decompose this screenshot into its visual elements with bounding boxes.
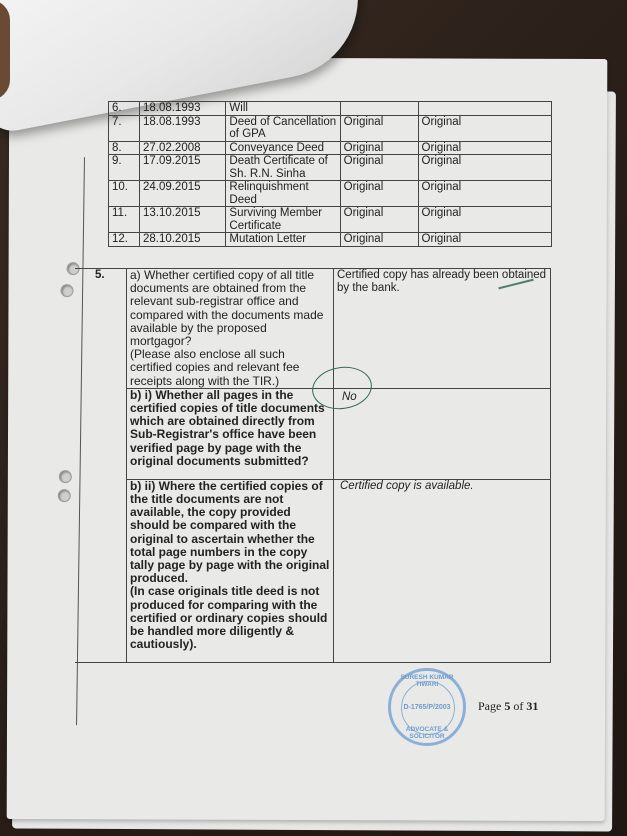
item-number: 5. bbox=[75, 269, 127, 663]
documents-table: 6.18.08.1993Will7.18.08.1993Deed of Canc… bbox=[108, 101, 552, 247]
original-status: Original bbox=[340, 233, 418, 247]
question-5a-note: (Please also enclose all such certified … bbox=[130, 347, 299, 387]
punch-hole-icon bbox=[59, 470, 72, 483]
serial-number: 10. bbox=[109, 181, 140, 207]
document-description: Relinquishment Deed bbox=[226, 181, 340, 207]
original-status: Original bbox=[418, 115, 551, 141]
question-5bi: b) i) Whether all pages in the certified… bbox=[127, 388, 334, 479]
question-5a: a) Whether certified copy of all title d… bbox=[127, 269, 334, 389]
document-date: 18.08.1993 bbox=[139, 115, 225, 141]
answer-5bii: Certified copy is available. bbox=[334, 479, 551, 662]
table-row: 9.17.09.2015Death Certificate of Sh. R.N… bbox=[109, 155, 552, 181]
document-date: 28.10.2015 bbox=[139, 233, 225, 247]
table-row: 10.24.09.2015Relinquishment DeedOriginal… bbox=[109, 181, 552, 207]
serial-number: 12. bbox=[109, 233, 140, 247]
page-prefix: Page bbox=[478, 699, 501, 713]
advocate-seal: SURESH KUMAR TIWARI D-1765/P/2003 ADVOCA… bbox=[388, 668, 466, 746]
item-5bii-row: b) ii) Where the certified copies of the… bbox=[75, 479, 551, 662]
page-number: Page 5 of 31 bbox=[478, 699, 538, 714]
page-current: 5 bbox=[504, 699, 510, 713]
document-description: Deed of Cancellation of GPA bbox=[226, 115, 340, 141]
table-row: 11.13.10.2015Surviving Member Certificat… bbox=[109, 207, 552, 233]
serial-number: 6. bbox=[109, 102, 140, 116]
original-status: Original bbox=[340, 115, 418, 141]
document-description: Conveyance Deed bbox=[226, 141, 340, 155]
question-5bii-note: (In case originals title deed is not pro… bbox=[130, 584, 327, 651]
document-description: Will bbox=[226, 102, 340, 116]
document-description: Mutation Letter bbox=[226, 233, 340, 247]
serial-number: 7. bbox=[109, 115, 140, 141]
seal-title: ADVOCATE & SOLICITOR bbox=[391, 726, 463, 740]
document-date: 18.08.1993 bbox=[139, 102, 225, 116]
thumb bbox=[0, 0, 10, 100]
serial-number: 11. bbox=[109, 207, 140, 233]
document-date: 17.09.2015 bbox=[139, 155, 225, 181]
answer-5a: Certified copy has already been obtained… bbox=[334, 269, 551, 389]
answer-5bi: No bbox=[334, 388, 551, 479]
original-status: Original bbox=[418, 155, 551, 181]
original-status: Original bbox=[340, 181, 418, 207]
question-5a-text: a) Whether certified copy of all title d… bbox=[130, 268, 323, 348]
original-status bbox=[418, 102, 551, 116]
serial-number: 8. bbox=[109, 141, 140, 155]
original-status: Original bbox=[418, 141, 551, 155]
page-of: of bbox=[513, 699, 523, 713]
item-5-table: 5. a) Whether certified copy of all titl… bbox=[75, 268, 551, 663]
item-5a-row: 5. a) Whether certified copy of all titl… bbox=[75, 269, 551, 389]
document-description: Death Certificate of Sh. R.N. Sinha bbox=[226, 155, 340, 181]
original-status: Original bbox=[340, 155, 418, 181]
document-date: 24.09.2015 bbox=[139, 181, 225, 207]
question-5bii: b) ii) Where the certified copies of the… bbox=[127, 479, 334, 662]
original-status: Original bbox=[418, 181, 551, 207]
question-5bii-text: b) ii) Where the certified copies of the… bbox=[130, 479, 329, 585]
table-row: 7.18.08.1993Deed of Cancellation of GPAO… bbox=[109, 115, 552, 141]
original-status bbox=[340, 102, 418, 116]
seal-reg-no: D-1765/P/2003 bbox=[391, 704, 463, 711]
original-status: Original bbox=[418, 207, 551, 233]
document-date: 27.02.2008 bbox=[139, 141, 225, 155]
document-date: 13.10.2015 bbox=[139, 207, 225, 233]
original-status: Original bbox=[418, 233, 551, 247]
original-status: Original bbox=[340, 141, 418, 155]
item-5bi-row: b) i) Whether all pages in the certified… bbox=[75, 388, 551, 479]
document-description: Surviving Member Certificate bbox=[226, 207, 340, 233]
table-row: 12.28.10.2015Mutation LetterOriginalOrig… bbox=[109, 233, 552, 247]
punch-hole-icon bbox=[60, 284, 73, 297]
table-row: 8.27.02.2008Conveyance DeedOriginalOrigi… bbox=[109, 141, 552, 155]
table-row: 6.18.08.1993Will bbox=[109, 102, 552, 116]
punch-hole-icon bbox=[58, 489, 71, 502]
original-status: Original bbox=[340, 207, 418, 233]
page-total: 31 bbox=[526, 699, 538, 713]
seal-name: SURESH KUMAR TIWARI bbox=[391, 674, 463, 688]
serial-number: 9. bbox=[109, 155, 140, 181]
